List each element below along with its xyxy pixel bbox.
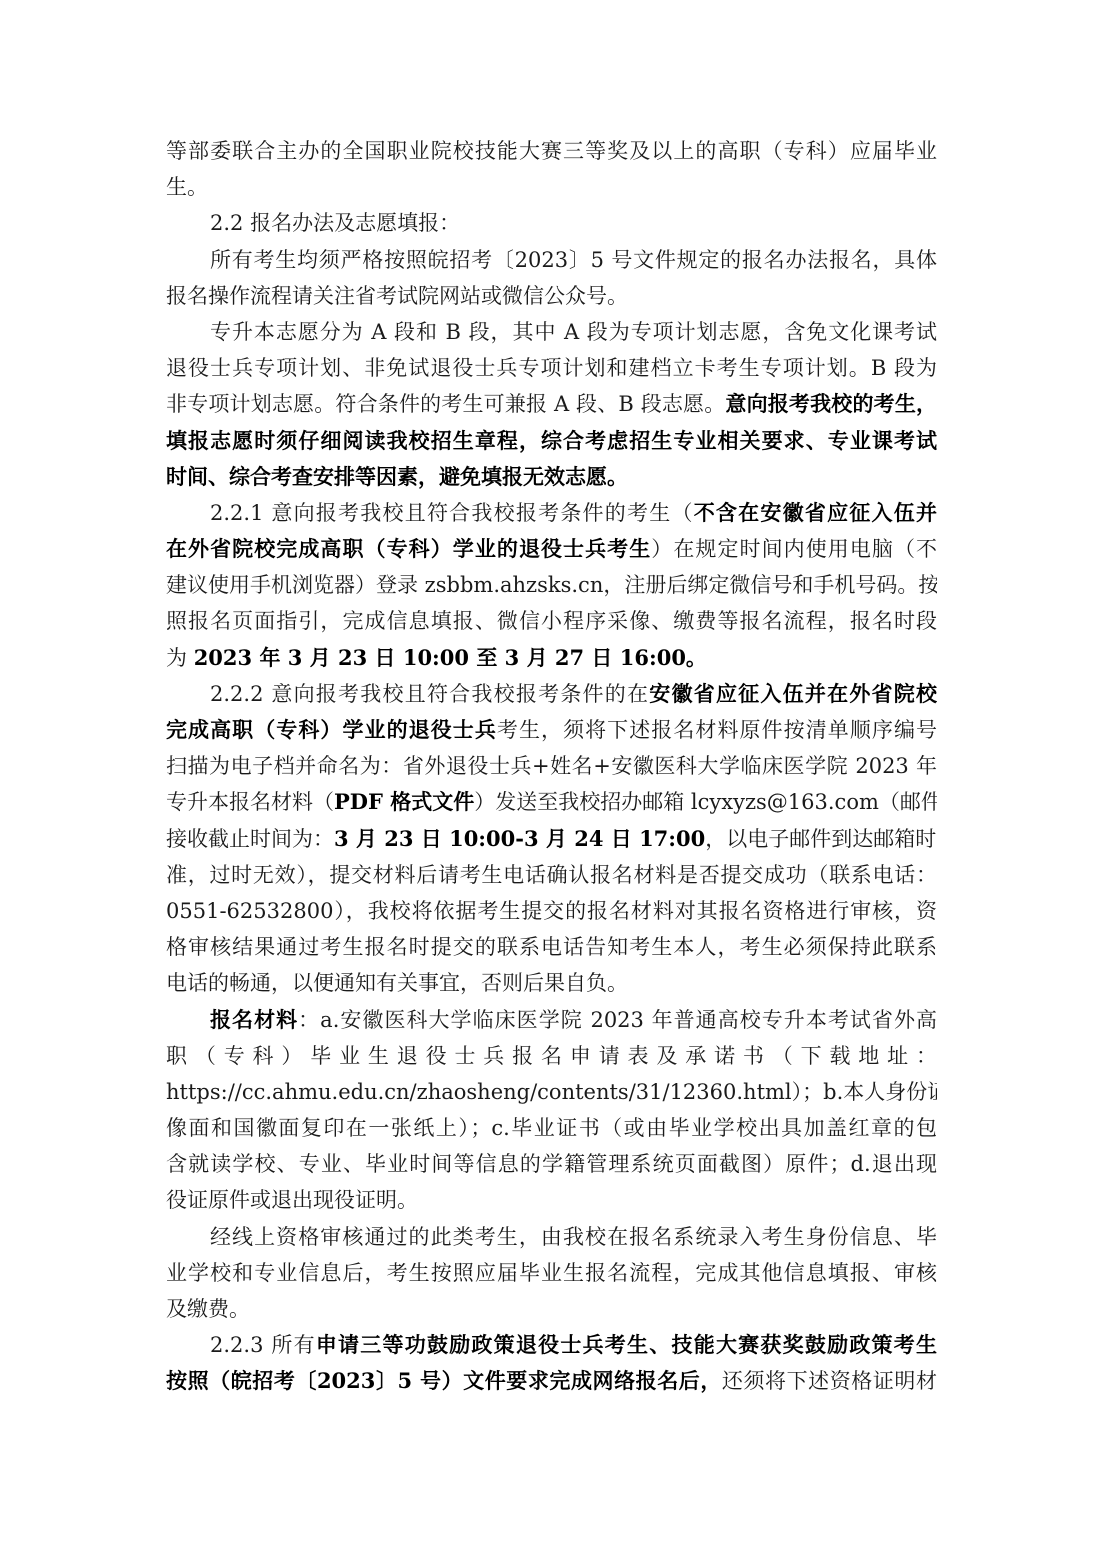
bold-text: PDF 格式文件 bbox=[334, 789, 474, 814]
body-text: ，以电子邮件到达邮箱时间为 bbox=[705, 827, 937, 851]
body-text: 扫描为电子档并命名为：省外退役士兵+姓名+安徽医科大学临床医学院 2023 年 bbox=[166, 754, 937, 778]
text-line: 时间、综合考查安排等因素，避免填报无效志愿。 bbox=[166, 459, 937, 495]
body-text: 像面和国徽面复印在一张纸上）；c.毕业证书（或由毕业学校出具加盖红章的包 bbox=[166, 1116, 937, 1140]
body-text: 经线上资格审核通过的此类考生，由我校在报名系统录入考生身份信息、毕 bbox=[210, 1225, 937, 1249]
text-line: 填报志愿时须仔细阅读我校招生章程，综合考虑招生专业相关要求、专业课考试 bbox=[166, 423, 937, 459]
text-line: 2.2 报名办法及志愿填报： bbox=[166, 205, 937, 241]
body-text: 役证原件或退出现役证明。 bbox=[166, 1188, 418, 1212]
body-text: 所有考生均须严格按照皖招考〔2023〕5 号文件规定的报名办法报名，具体 bbox=[210, 248, 937, 272]
bold-text: 按照（皖招考〔2023〕5 号）文件要求完成网络报名后， bbox=[166, 1368, 722, 1393]
body-text: 建议使用手机浏览器）登录 zsbbm.ahzsks.cn，注册后绑定微信号和手机… bbox=[166, 573, 937, 597]
bold-text: 报名材料 bbox=[210, 1007, 298, 1032]
body-text: 职（专科）毕业生退役士兵报名申请表及承诺书（下载地址： bbox=[166, 1044, 937, 1068]
body-text: 报名操作流程请关注省考试院网站或微信公众号。 bbox=[166, 284, 628, 308]
body-text: 专升本志愿分为 A 段和 B 段，其中 A 段为专项计划志愿，含免文化课考试 bbox=[210, 320, 937, 344]
body-text: ：a.安徽医科大学临床医学院 2023 年普通高校专升本考试省外高 bbox=[298, 1008, 937, 1032]
text-line: 完成高职（专科）学业的退役士兵考生，须将下述报名材料原件按清单顺序编号 bbox=[166, 712, 937, 748]
body-text: 0551-62532800），我校将依据考生提交的报名材料对其报名资格进行审核，… bbox=[166, 899, 937, 923]
text-line: 格审核结果通过考生报名时提交的联系电话告知考生本人，考生必须保持此联系 bbox=[166, 929, 937, 965]
body-text: 等部委联合主办的全国职业院校技能大赛三等奖及以上的高职（专科）应届毕业 bbox=[166, 139, 937, 163]
text-line: 2.2.1 意向报考我校且符合我校报考条件的考生（不含在安徽省应征入伍并 bbox=[166, 495, 937, 531]
text-line: 建议使用手机浏览器）登录 zsbbm.ahzsks.cn，注册后绑定微信号和手机… bbox=[166, 567, 937, 603]
bold-text: 安徽省应征入伍并在外省院校 bbox=[649, 681, 937, 706]
text-line: 报名材料：a.安徽医科大学临床医学院 2023 年普通高校专升本考试省外高 bbox=[166, 1002, 937, 1038]
bold-text: 不含在安徽省应征入伍并 bbox=[694, 500, 937, 525]
body-text: 2.2 报名办法及志愿填报： bbox=[210, 211, 460, 235]
text-line: 职（专科）毕业生退役士兵报名申请表及承诺书（下载地址： bbox=[166, 1038, 937, 1074]
body-text: ）在规定时间内使用电脑（不 bbox=[651, 537, 937, 561]
body-text: 还须将下述资格证明材 bbox=[722, 1369, 937, 1393]
text-line: 在外省院校完成高职（专科）学业的退役士兵考生）在规定时间内使用电脑（不 bbox=[166, 531, 937, 567]
bold-text: 在外省院校完成高职（专科）学业的退役士兵考生 bbox=[166, 536, 651, 561]
text-line: 2.2.2 意向报考我校且符合我校报考条件的在安徽省应征入伍并在外省院校 bbox=[166, 676, 937, 712]
body-text: 业学校和专业信息后，考生按照应届毕业生报名流程，完成其他信息填报、审核 bbox=[166, 1261, 937, 1285]
bold-text: 意向报考我校的考生， bbox=[725, 391, 937, 416]
text-line: 专升本志愿分为 A 段和 B 段，其中 A 段为专项计划志愿，含免文化课考试 bbox=[166, 314, 937, 350]
text-line: 业学校和专业信息后，考生按照应届毕业生报名流程，完成其他信息填报、审核 bbox=[166, 1255, 937, 1291]
bold-text: 时间、综合考查安排等因素，避免填报无效志愿。 bbox=[166, 464, 628, 489]
body-text: 专升本报名材料（ bbox=[166, 790, 334, 814]
text-line: 2.2.3 所有申请三等功鼓励政策退役士兵考生、技能大赛获奖鼓励政策考生 bbox=[166, 1327, 937, 1363]
body-text: 为 bbox=[166, 646, 194, 670]
body-text: 退役士兵专项计划、非免试退役士兵专项计划和建档立卡考生专项计划。B 段为 bbox=[166, 356, 937, 380]
text-line: 为 2023 年 3 月 23 日 10:00 至 3 月 27 日 16:00… bbox=[166, 640, 937, 676]
bold-text: 2023 年 3 月 23 日 10:00 至 3 月 27 日 16:00。 bbox=[194, 645, 707, 670]
text-line: 退役士兵专项计划、非免试退役士兵专项计划和建档立卡考生专项计划。B 段为 bbox=[166, 350, 937, 386]
text-line: 0551-62532800），我校将依据考生提交的报名材料对其报名资格进行审核，… bbox=[166, 893, 937, 929]
body-text: 及缴费。 bbox=[166, 1297, 250, 1321]
text-line: 报名操作流程请关注省考试院网站或微信公众号。 bbox=[166, 278, 937, 314]
text-line: 经线上资格审核通过的此类考生，由我校在报名系统录入考生身份信息、毕 bbox=[166, 1219, 937, 1255]
bold-text: 申请三等功鼓励政策退役士兵考生、技能大赛获奖鼓励政策考生 bbox=[316, 1332, 937, 1357]
body-text: 电话的畅通，以便通知有关事宜，否则后果自负。 bbox=[166, 971, 628, 995]
body-text: 格审核结果通过考生报名时提交的联系电话告知考生本人，考生必须保持此联系 bbox=[166, 935, 937, 959]
text-line: https://cc.ahmu.edu.cn/zhaosheng/content… bbox=[166, 1074, 937, 1110]
text-line: 及缴费。 bbox=[166, 1291, 937, 1327]
body-text: ）发送至我校招办邮箱 lcyxyzs@163.com（邮件 bbox=[474, 790, 937, 814]
text-line: 按照（皖招考〔2023〕5 号）文件要求完成网络报名后，还须将下述资格证明材 bbox=[166, 1363, 937, 1399]
bold-text: 完成高职（专科）学业的退役士兵 bbox=[166, 717, 497, 742]
body-text: 含就读学校、专业、毕业时间等信息的学籍管理系统页面截图）原件；d.退出现 bbox=[166, 1152, 937, 1176]
bold-text: 3 月 23 日 10:00-3 月 24 日 17:00 bbox=[334, 826, 705, 851]
body-text: 2.2.2 意向报考我校且符合我校报考条件的在 bbox=[210, 682, 649, 706]
body-text: 2.2.3 所有 bbox=[210, 1333, 316, 1357]
text-line: 专升本报名材料（PDF 格式文件）发送至我校招办邮箱 lcyxyzs@163.c… bbox=[166, 784, 937, 820]
bold-text: 填报志愿时须仔细阅读我校招生章程，综合考虑招生专业相关要求、专业课考试 bbox=[166, 428, 937, 453]
text-line: 像面和国徽面复印在一张纸上）；c.毕业证书（或由毕业学校出具加盖红章的包 bbox=[166, 1110, 937, 1146]
text-line: 役证原件或退出现役证明。 bbox=[166, 1182, 937, 1218]
text-line: 生。 bbox=[166, 169, 937, 205]
body-text: 准，过时无效），提交材料后请考生电话确认报名材料是否提交成功（联系电话： bbox=[166, 863, 937, 887]
body-text: 照报名页面指引，完成信息填报、微信小程序采像、缴费等报名流程，报名时段 bbox=[166, 609, 937, 633]
text-line: 照报名页面指引，完成信息填报、微信小程序采像、缴费等报名流程，报名时段 bbox=[166, 603, 937, 639]
text-line: 接收截止时间为：3 月 23 日 10:00-3 月 24 日 17:00，以电… bbox=[166, 821, 937, 857]
body-text: 考生，须将下述报名材料原件按清单顺序编号 bbox=[497, 718, 937, 742]
text-line: 等部委联合主办的全国职业院校技能大赛三等奖及以上的高职（专科）应届毕业 bbox=[166, 133, 937, 169]
body-text: 生。 bbox=[166, 175, 208, 199]
text-line: 准，过时无效），提交材料后请考生电话确认报名材料是否提交成功（联系电话： bbox=[166, 857, 937, 893]
body-text: 2.2.1 意向报考我校且符合我校报考条件的考生（ bbox=[210, 501, 694, 525]
body-text: 接收截止时间为： bbox=[166, 827, 334, 851]
text-line: 所有考生均须严格按照皖招考〔2023〕5 号文件规定的报名办法报名，具体 bbox=[166, 242, 937, 278]
text-line: 扫描为电子档并命名为：省外退役士兵+姓名+安徽医科大学临床医学院 2023 年 bbox=[166, 748, 937, 784]
text-line: 非专项计划志愿。符合条件的考生可兼报 A 段、B 段志愿。意向报考我校的考生， bbox=[166, 386, 937, 422]
document-page: 等部委联合主办的全国职业院校技能大赛三等奖及以上的高职（专科）应届毕业生。2.2… bbox=[166, 133, 937, 1400]
text-line: 含就读学校、专业、毕业时间等信息的学籍管理系统页面截图）原件；d.退出现 bbox=[166, 1146, 937, 1182]
text-line: 电话的畅通，以便通知有关事宜，否则后果自负。 bbox=[166, 965, 937, 1001]
body-text: https://cc.ahmu.edu.cn/zhaosheng/content… bbox=[166, 1080, 937, 1104]
body-text: 非专项计划志愿。符合条件的考生可兼报 A 段、B 段志愿。 bbox=[166, 392, 725, 416]
